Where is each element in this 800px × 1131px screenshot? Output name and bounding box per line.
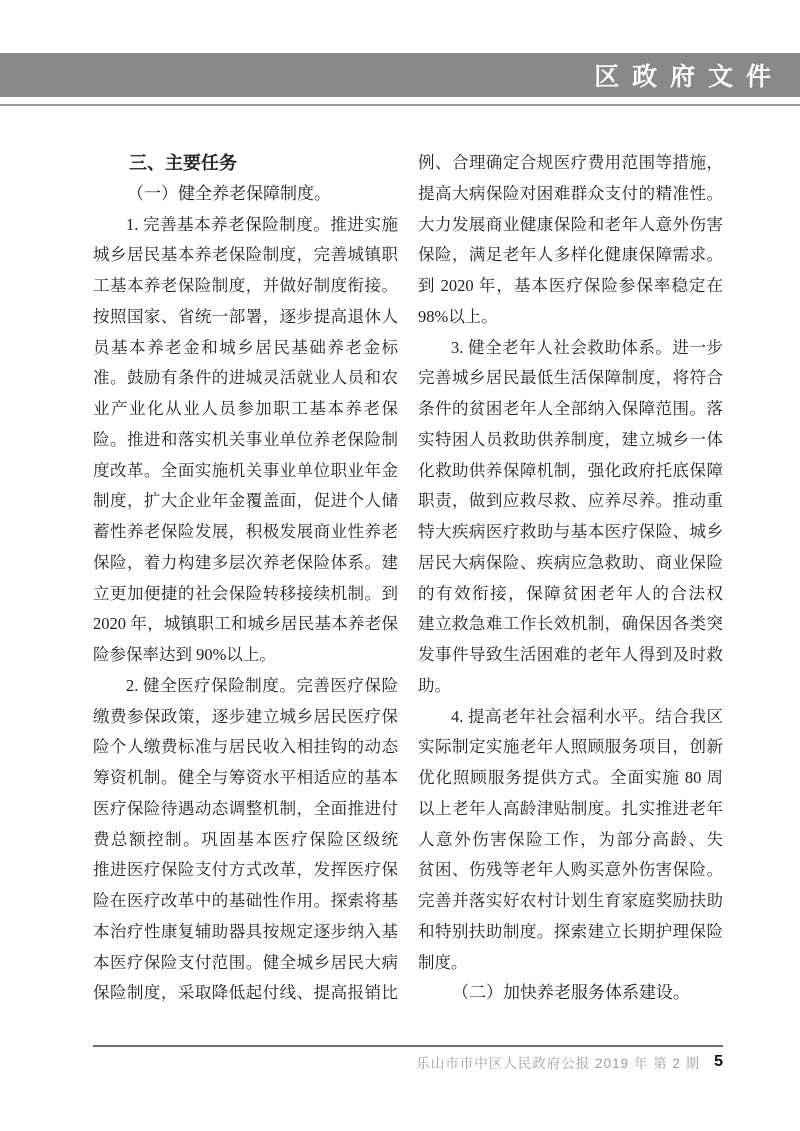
- text-line: 完善城乡居民最低生活保障制度，将符合: [418, 363, 723, 394]
- text-line: 98%以上。: [418, 302, 723, 333]
- text-line: 险。推进和落实机关事业单位养老保险制: [93, 425, 398, 456]
- text-line: 立更加便捷的社会保险转移接续机制。到: [93, 579, 398, 610]
- footer-rule: [93, 1045, 723, 1047]
- text-line: 发事件导致生活困难的老年人得到及时救: [418, 640, 723, 671]
- text-line: 助。: [418, 671, 723, 702]
- header-banner: 区 政 府 文 件: [0, 53, 800, 97]
- text-line: 3. 健全老年人社会救助体系。进一步: [418, 333, 723, 364]
- text-line: 缴费参保政策，逐步建立城乡居民医疗保: [93, 702, 398, 733]
- text-line: 和特别扶助制度。探索建立长期护理保险: [418, 917, 723, 948]
- text-line: 化救助供养保障机制，强化政府托底保障: [418, 456, 723, 487]
- text-line: 工基本养老保险制度，并做好制度衔接。: [93, 271, 398, 302]
- text-line: 城乡居民基本养老保险制度，完善城镇职: [93, 240, 398, 271]
- text-line: 医疗保险待遇动态调整机制，全面推进付: [93, 794, 398, 825]
- text-line: 制度，扩大企业年金覆盖面，促进个人储: [93, 486, 398, 517]
- text-line: 职责，做到应救尽救、应养尽养。推动重: [418, 486, 723, 517]
- text-line: 本治疗性康复辅助器具按规定逐步纳入基: [93, 917, 398, 948]
- text-line: 优化照顾服务提供方式。全面实施 80 周岁: [418, 763, 723, 794]
- text-line: 特大疾病医疗救助与基本医疗保险、城乡: [418, 517, 723, 548]
- text-line: 蓄性养老保险发展，积极发展商业性养老: [93, 517, 398, 548]
- text-line: 以上老年人高龄津贴制度。扎实推进老年: [418, 794, 723, 825]
- text-line: 居民大病保险、疾病应急救助、商业保险: [418, 548, 723, 579]
- text-line: 按照国家、省统一部署，逐步提高退休人: [93, 302, 398, 333]
- text-line: 保险，满足老年人多样化健康保障需求。: [418, 240, 723, 271]
- sub-heading: （二）加快养老服务体系建设。: [418, 978, 723, 1009]
- text-line: 本医疗保险支付范围。健全城乡居民大病: [93, 948, 398, 979]
- text-line: 费总额控制。巩固基本医疗保险区级统筹。: [93, 825, 398, 856]
- text-line: 2. 健全医疗保险制度。完善医疗保险: [93, 671, 398, 702]
- text-line: 实际制定实施老年人照顾服务项目，创新: [418, 732, 723, 763]
- text-line: 准。鼓励有条件的进城灵活就业人员和农: [93, 363, 398, 394]
- text-line: 大力发展商业健康保险和老年人意外伤害: [418, 210, 723, 241]
- content-area: 三、主要任务（一）健全养老保障制度。1. 完善基本养老保险制度。推进实施城乡居民…: [93, 148, 723, 1009]
- text-line: 完善并落实好农村计划生育家庭奖励扶助: [418, 886, 723, 917]
- text-line: 业产业化从业人员参加职工基本养老保: [93, 394, 398, 425]
- sub-heading: （一）健全养老保障制度。: [93, 179, 398, 210]
- header-rule: [0, 104, 800, 106]
- text-line: 4. 提高老年社会福利水平。结合我区: [418, 702, 723, 733]
- section-heading: 三、主要任务: [93, 148, 398, 179]
- text-line: 的有效衔接，保障贫困老年人的合法权益。: [418, 579, 723, 610]
- text-line: 2020 年，城镇职工和城乡居民基本养老保: [93, 609, 398, 640]
- footer-page-number: 5: [714, 1053, 723, 1070]
- footer-journal-title: 乐山市市中区人民政府公报 2019 年 第 2 期: [416, 1056, 700, 1071]
- text-line: 保险，着力构建多层次养老保险体系。建: [93, 548, 398, 579]
- right-column: 例、合理确定合规医疗费用范围等措施，提高大病保险对困难群众支付的精准性。大力发展…: [418, 148, 723, 1009]
- text-line: 提高大病保险对困难群众支付的精准性。: [418, 179, 723, 210]
- text-line: 制度。: [418, 948, 723, 979]
- text-line: 险在医疗改革中的基础性作用。探索将基: [93, 886, 398, 917]
- text-line: 条件的贫困老年人全部纳入保障范围。落: [418, 394, 723, 425]
- text-line: 度改革。全面实施机关事业单位职业年金: [93, 456, 398, 487]
- text-line: 险个人缴费标准与居民收入相挂钩的动态: [93, 732, 398, 763]
- text-line: 保险制度，采取降低起付线、提高报销比: [93, 978, 398, 1009]
- left-column: 三、主要任务（一）健全养老保障制度。1. 完善基本养老保险制度。推进实施城乡居民…: [93, 148, 398, 1009]
- document-page: 区 政 府 文 件 三、主要任务（一）健全养老保障制度。1. 完善基本养老保险制…: [0, 0, 800, 1131]
- text-line: 到 2020 年，基本医疗保险参保率稳定在: [418, 271, 723, 302]
- text-line: 例、合理确定合规医疗费用范围等措施，: [418, 148, 723, 179]
- text-line: 人意外伤害保险工作，为部分高龄、失能、: [418, 825, 723, 856]
- text-line: 1. 完善基本养老保险制度。推进实施: [93, 210, 398, 241]
- text-line: 实特困人员救助供养制度，建立城乡一体: [418, 425, 723, 456]
- text-line: 建立救急难工作长效机制，确保因各类突: [418, 609, 723, 640]
- text-line: 推进医疗保险支付方式改革，发挥医疗保: [93, 855, 398, 886]
- text-line: 员基本养老金和城乡居民基础养老金标: [93, 333, 398, 364]
- banner-title: 区 政 府 文 件: [594, 57, 774, 93]
- footer: 乐山市市中区人民政府公报 2019 年 第 2 期 5: [93, 1052, 723, 1072]
- text-line: 险参保率达到 90%以上。: [93, 640, 398, 671]
- text-line: 贫困、伤残等老年人购买意外伤害保险。: [418, 855, 723, 886]
- text-line: 筹资机制。健全与筹资水平相适应的基本: [93, 763, 398, 794]
